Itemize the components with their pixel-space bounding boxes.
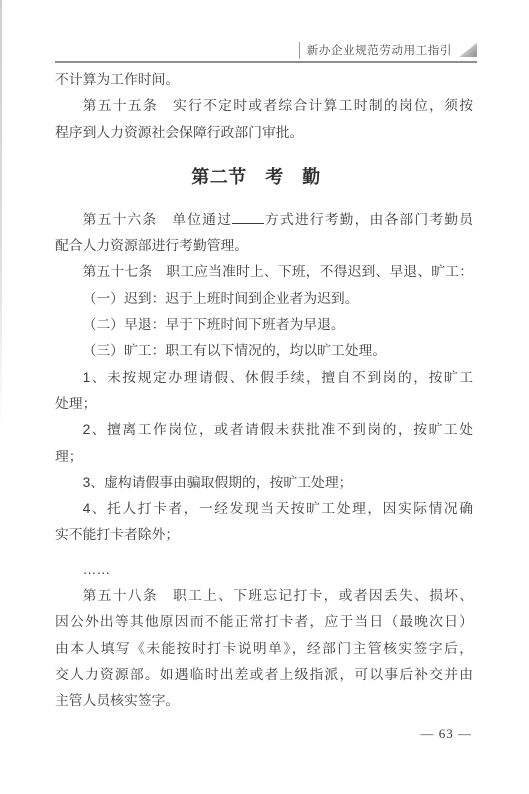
- document-body: 不计算为工作时间。第五十五条 实行不定时或者综合计算工时制的岗位，须按程序到人力…: [55, 63, 473, 715]
- text-segment: 方式进行考勤，由各部门考勤员: [264, 212, 473, 227]
- running-head-title: 新办企业规范劳动用工指引: [307, 42, 452, 58]
- text-line: 第五十六条 单位通过方式进行考勤，由各部门考勤员: [55, 207, 473, 233]
- text-segment: 第五十六条 单位通过: [83, 212, 232, 227]
- text-line: 4、托人打卡者，一经发现当天按旷工处理，因实际情况确: [55, 496, 473, 522]
- scan-edge-artifact: [0, 0, 2, 430]
- text-line: 3、虚构请假事由骗取假期的，按旷工处理；: [55, 470, 473, 496]
- text-line: 不计算为工作时间。: [55, 67, 473, 93]
- text-line: 主管人员核实签字。: [55, 688, 473, 714]
- ellipsis-line: ……: [55, 557, 473, 583]
- text-line: 交人力资源部。如遇临时出差或者上级指派，可以事后补交并由: [55, 662, 473, 688]
- text-line: 第五十七条 职工应当准时上、下班，不得迟到、早退、旷工：: [55, 259, 473, 285]
- text-line: 配合人力资源部进行考勤管理。: [55, 233, 473, 259]
- text-line: （二）早退：早于下班时间下班者为早退。: [55, 312, 473, 338]
- running-head: 新办企业规范劳动用工指引: [55, 40, 477, 60]
- text-line: 处理；: [55, 391, 473, 417]
- page-number: — 63 —: [421, 726, 473, 741]
- header-divider-bar: [299, 42, 300, 59]
- text-line: 由本人填写《未能按时打卡说明单》，经部门主管核实签字后，: [55, 636, 473, 662]
- triangle-ornament-icon: [459, 43, 477, 57]
- text-line: 第五十五条 实行不定时或者综合计算工时制的岗位，须按: [55, 93, 473, 119]
- fill-in-blank-underline: [232, 210, 264, 224]
- section-heading: 第二节 考 勤: [55, 162, 473, 192]
- text-line: 2、擅离工作岗位，或者请假未获批准不到岗的，按旷工处: [55, 417, 473, 443]
- text-line: 实不能打卡者除外；: [55, 522, 473, 548]
- text-line: 因公外出等其他原因而不能正常打卡者，应于当日（最晚次日）: [55, 609, 473, 635]
- text-line: 1、未按规定办理请假、休假手续，擅自不到岗的，按旷工: [55, 365, 473, 391]
- text-line: （三）旷工：职工有以下情况的，均以旷工处理。: [55, 338, 473, 364]
- text-line: 第五十八条 职工上、下班忘记打卡，或者因丢失、损坏、: [55, 583, 473, 609]
- text-line: 理；: [55, 444, 473, 470]
- text-line: 程序到人力资源社会保障行政部门审批。: [55, 120, 473, 146]
- text-line: （一）迟到：迟于上班时间到企业者为迟到。: [55, 286, 473, 312]
- document-page: 新办企业规范劳动用工指引 不计算为工作时间。第五十五条 实行不定时或者综合计算工…: [0, 0, 529, 794]
